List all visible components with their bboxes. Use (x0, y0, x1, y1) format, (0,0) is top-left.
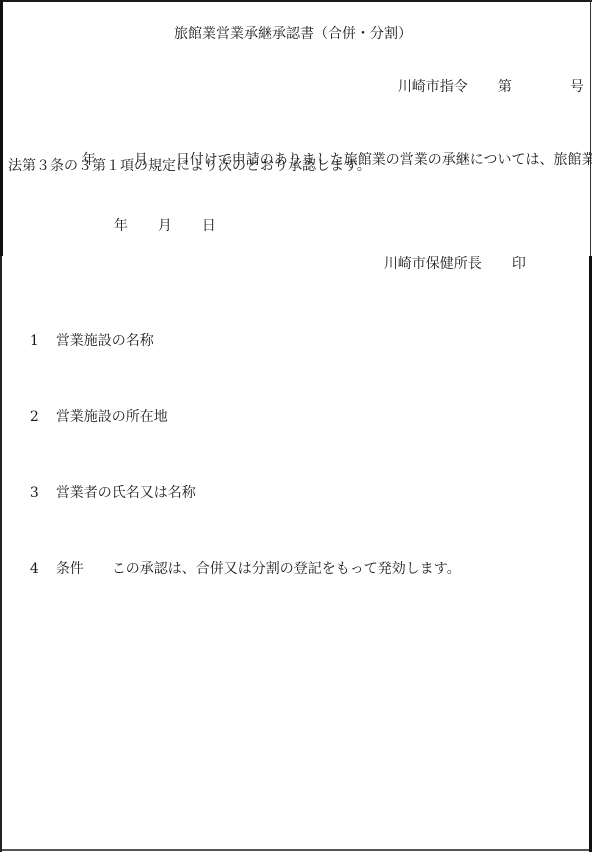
item-conditions: 4条件この承認は、合併又は分割の登記をもって発効します。 (12, 545, 461, 593)
issuer-seal: 印 (512, 256, 526, 272)
item-number: 3 (30, 485, 56, 501)
item-number: 4 (30, 561, 56, 577)
body-text-line-2: 法第３条の３第１項の規定により次のとおり承認します。 (8, 158, 371, 174)
page-border-top (0, 0, 592, 2)
item-label: 条件 (56, 561, 84, 577)
page-border-left-lower (0, 256, 2, 852)
issue-date: 年月日 (96, 202, 216, 250)
page-border-left-upper (0, 0, 3, 256)
item-label: 営業施設の所在地 (56, 409, 168, 425)
issuer-signature: 川崎市保健所長印 (366, 240, 526, 288)
reference-number: 川崎市指令第号 (380, 63, 584, 111)
reference-dai: 第 (498, 79, 512, 95)
date-day: 日 (202, 218, 216, 234)
page-border-right-upper (590, 0, 591, 256)
item-facility-address: 2営業施設の所在地 (12, 393, 168, 441)
reference-issuer-prefix: 川崎市指令 (398, 79, 468, 95)
page-border-bottom (0, 849, 592, 851)
item-number: 2 (30, 409, 56, 425)
reference-gou: 号 (570, 79, 584, 95)
item-content: この承認は、合併又は分割の登記をもって発効します。 (112, 561, 461, 577)
date-month: 月 (158, 218, 172, 234)
item-operator-name: 3営業者の氏名又は名称 (12, 469, 196, 517)
item-number: 1 (30, 333, 56, 349)
item-label: 営業施設の名称 (56, 333, 154, 349)
document-title: 旅館業営業承継承認書（合併・分割） (174, 26, 412, 42)
document-page: 旅館業営業承継承認書（合併・分割） 川崎市指令第号 年月日付けで申請のありました… (0, 0, 592, 852)
item-label: 営業者の氏名又は名称 (56, 485, 196, 501)
issuer-name: 川崎市保健所長 (384, 256, 482, 272)
item-facility-name: 1営業施設の名称 (12, 317, 154, 365)
date-year: 年 (114, 218, 128, 234)
